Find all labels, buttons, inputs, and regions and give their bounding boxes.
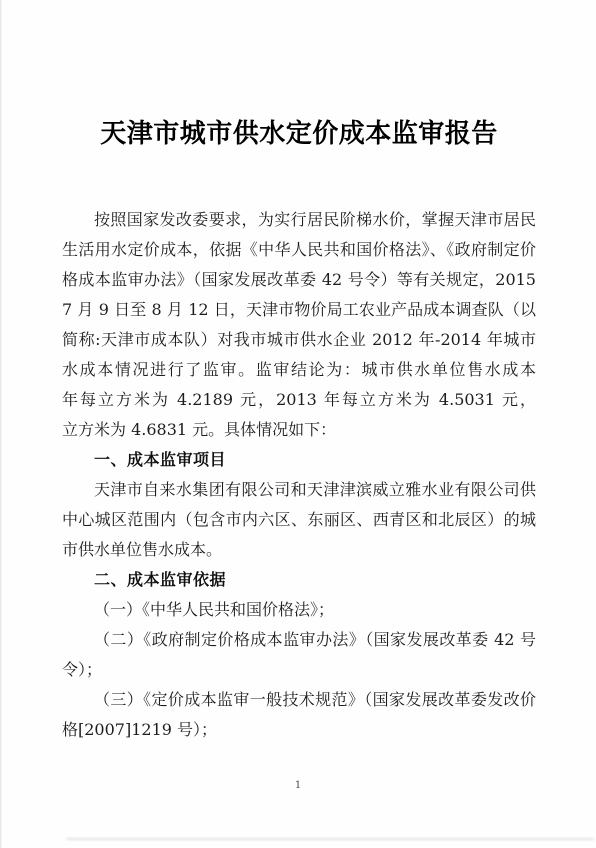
page-number: 1 [0, 779, 596, 793]
text-line: 令）； [62, 655, 536, 685]
text-line: （一）《中华人民共和国价格法》； [62, 595, 536, 625]
document-body: 按照国家发改委要求，为实行居民阶梯水价，掌握天津市居民 生活用水定价成本，依据《… [62, 205, 536, 745]
text-line: 市供水单位售水成本。 [62, 535, 536, 565]
document-content: 天津市城市供水定价成本监审报告 按照国家发改委要求，为实行居民阶梯水价，掌握天津… [62, 0, 536, 745]
text-line: 年每立方米为 4.2189 元，2013 年每立方米为 4.5031 元，201… [62, 385, 536, 415]
document-page: 天津市城市供水定价成本监审报告 按照国家发改委要求，为实行居民阶梯水价，掌握天津… [0, 0, 596, 848]
text-line: （二）《政府制定价格成本监审办法》（国家发展改革委 42 号 [62, 625, 536, 655]
text-line: 格[2007]1219 号）； [62, 715, 536, 745]
section-2-heading: 二、成本监审依据 [62, 565, 536, 595]
text-line: 生活用水定价成本，依据《中华人民共和国价格法》、《政府制定价 [62, 235, 536, 265]
text-line: 天津市自来水集团有限公司和天津津滨威立雅水业有限公司供 [62, 475, 536, 505]
intro-paragraph: 按照国家发改委要求，为实行居民阶梯水价，掌握天津市居民 生活用水定价成本，依据《… [62, 205, 536, 445]
legal-basis-item-2: （二）《政府制定价格成本监审办法》（国家发展改革委 42 号 令）； [62, 625, 536, 685]
scan-edge-artifact-left [0, 0, 2, 848]
legal-basis-item-3: （三）《定价成本监审一般技术规范》（国家发展改革委发改价 格[2007]1219… [62, 685, 536, 745]
text-line: 格成本监审办法》（国家发展改革委 42 号令）等有关规定，2015 年 [62, 265, 536, 295]
text-line: 简称:天津市成本队）对我市城市供水企业 2012 年-2014 年城市供 [62, 325, 536, 355]
text-line: （三）《定价成本监审一般技术规范》（国家发展改革委发改价 [62, 685, 536, 715]
document-title: 天津市城市供水定价成本监审报告 [62, 118, 536, 150]
scan-edge-artifact-bottom [66, 838, 594, 840]
text-line: 中心城区范围内（包含市内六区、东丽区、西青区和北辰区）的城 [62, 505, 536, 535]
text-line: 立方米为 4.6831 元。具体情况如下： [62, 415, 536, 445]
text-line: 按照国家发改委要求，为实行居民阶梯水价，掌握天津市居民 [62, 205, 536, 235]
text-line: 7 月 9 日至 8 月 12 日，天津市物价局工农业产品成本调查队（以下 [62, 295, 536, 325]
section-1-paragraph: 天津市自来水集团有限公司和天津津滨威立雅水业有限公司供 中心城区范围内（包含市内… [62, 475, 536, 565]
section-1-heading: 一、成本监审项目 [62, 445, 536, 475]
legal-basis-item-1: （一）《中华人民共和国价格法》； [62, 595, 536, 625]
text-line: 水成本情况进行了监审。监审结论为：城市供水单位售水成本 2012 [62, 355, 536, 385]
